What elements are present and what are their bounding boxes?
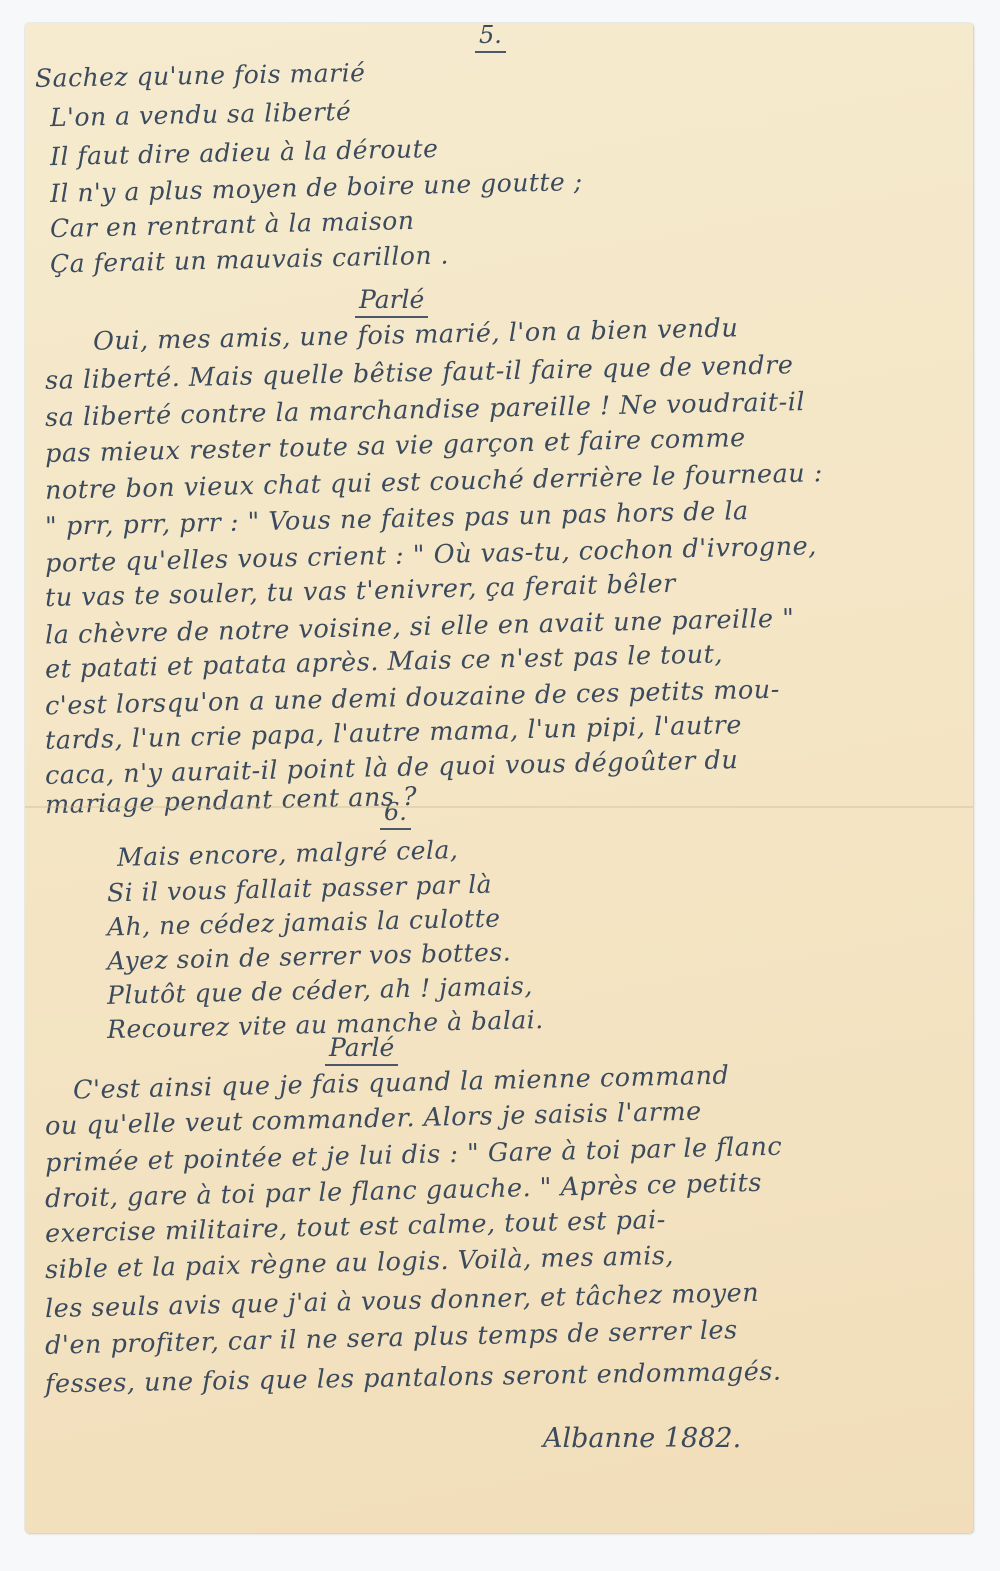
verse-line: Ça ferait un mauvais carillon . — [50, 242, 449, 276]
prose-line: fesses, une fois que les pantalons seron… — [45, 1360, 782, 1398]
prose-line: d'en profiter, car il ne sera plus temps… — [45, 1318, 738, 1359]
verse-line: Si il vous fallait passer par là — [107, 872, 493, 906]
verse-line: Ah, ne cédez jamais la culotte — [107, 906, 501, 940]
prose-line: pas mieux rester toute sa vie garçon et … — [45, 426, 746, 467]
verse-line: Il faut dire adieu à la déroute — [50, 136, 439, 169]
prose-line: Oui, mes amis, une fois marié, l'on a bi… — [93, 316, 739, 355]
verse-line: Car en rentrant à la maison — [50, 208, 415, 241]
prose-line: tu vas te souler, tu vas t'enivrer, ça f… — [45, 572, 676, 612]
signature-date: Albanne 1882. — [543, 1423, 741, 1454]
section-number: 6. — [380, 798, 411, 830]
prose-line: sa liberté. Mais quelle bêtise faut-il f… — [45, 353, 794, 394]
spoken-heading: Parlé — [355, 285, 428, 318]
verse-line: Ayez soin de serrer vos bottes. — [107, 939, 512, 973]
verse-line: L'on a vendu sa liberté — [50, 99, 352, 130]
prose-line: sible et la paix règne au logis. Voilà, … — [45, 1244, 675, 1284]
prose-line: et patati et patata après. Mais ce n'est… — [45, 642, 723, 683]
spoken-heading: Parlé — [325, 1033, 398, 1066]
prose-line: ou qu'elle veut commander. Alors je sais… — [45, 1100, 702, 1140]
verse-line: Il n'y a plus moyen de boire une goutte … — [50, 169, 583, 206]
verse-line: Mais encore, malgré cela, — [117, 837, 459, 870]
manuscript-page: 5. Sachez qu'une fois marié L'on a vendu… — [25, 23, 973, 1533]
section-number: 5. — [475, 21, 506, 53]
prose-line: porte qu'elles vous crient : " Où vas-tu… — [45, 534, 817, 577]
verse-line: Plutôt que de céder, ah ! jamais, — [107, 973, 533, 1008]
verse-line: Sachez qu'une fois marié — [35, 60, 366, 91]
prose-line: exercise militaire, tout est calme, tout… — [45, 1208, 666, 1248]
prose-line: mariage pendant cent ans ? — [45, 785, 418, 819]
